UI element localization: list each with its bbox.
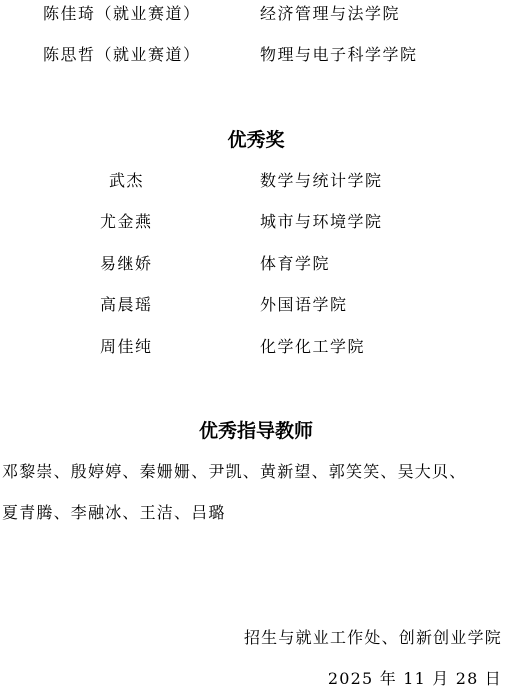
- winner-college: 外国语学院: [260, 295, 348, 315]
- advisor-list-line-1: 邓黎崇、殷婷婷、秦姗姗、尹凯、黄新望、郭笑笑、吴大贝、: [2, 462, 466, 482]
- award-row: 尤金燕 城市与环境学院: [0, 212, 508, 232]
- issuing-organization: 招生与就业工作处、创新创业学院: [244, 628, 502, 648]
- winner-college: 经济管理与法学院: [260, 4, 400, 24]
- winner-college: 体育学院: [260, 254, 330, 274]
- section-heading-excellent-advisors: 优秀指导教师: [0, 419, 508, 443]
- award-row: 周佳纯 化学化工学院: [0, 337, 508, 357]
- winner-name: 高晨瑶: [100, 295, 153, 315]
- award-row: 易继娇 体育学院: [0, 254, 508, 274]
- award-row: 武杰 数学与统计学院: [0, 171, 508, 191]
- winner-name: 尤金燕: [100, 212, 153, 232]
- winner-name: 陈思哲（就业赛道）: [43, 45, 201, 65]
- winner-college: 城市与环境学院: [260, 212, 383, 232]
- winner-name: 易继娇: [100, 254, 153, 274]
- award-row: 陈思哲（就业赛道） 物理与电子科学学院: [0, 45, 508, 65]
- winner-college: 化学化工学院: [260, 337, 365, 357]
- section-heading-excellence-award: 优秀奖: [0, 128, 508, 152]
- winner-name: 陈佳琦（就业赛道）: [43, 4, 201, 24]
- winner-college: 数学与统计学院: [260, 171, 383, 191]
- award-row: 陈佳琦（就业赛道） 经济管理与法学院: [0, 4, 508, 24]
- advisor-list-line-2: 夏青腾、李融冰、王洁、吕璐: [2, 503, 226, 523]
- issue-date: 2025 年 11 月 28 日: [328, 669, 502, 689]
- award-row: 高晨瑶 外国语学院: [0, 295, 508, 315]
- winner-college: 物理与电子科学学院: [260, 45, 418, 65]
- winner-name: 武杰: [109, 171, 144, 191]
- winner-name: 周佳纯: [100, 337, 153, 357]
